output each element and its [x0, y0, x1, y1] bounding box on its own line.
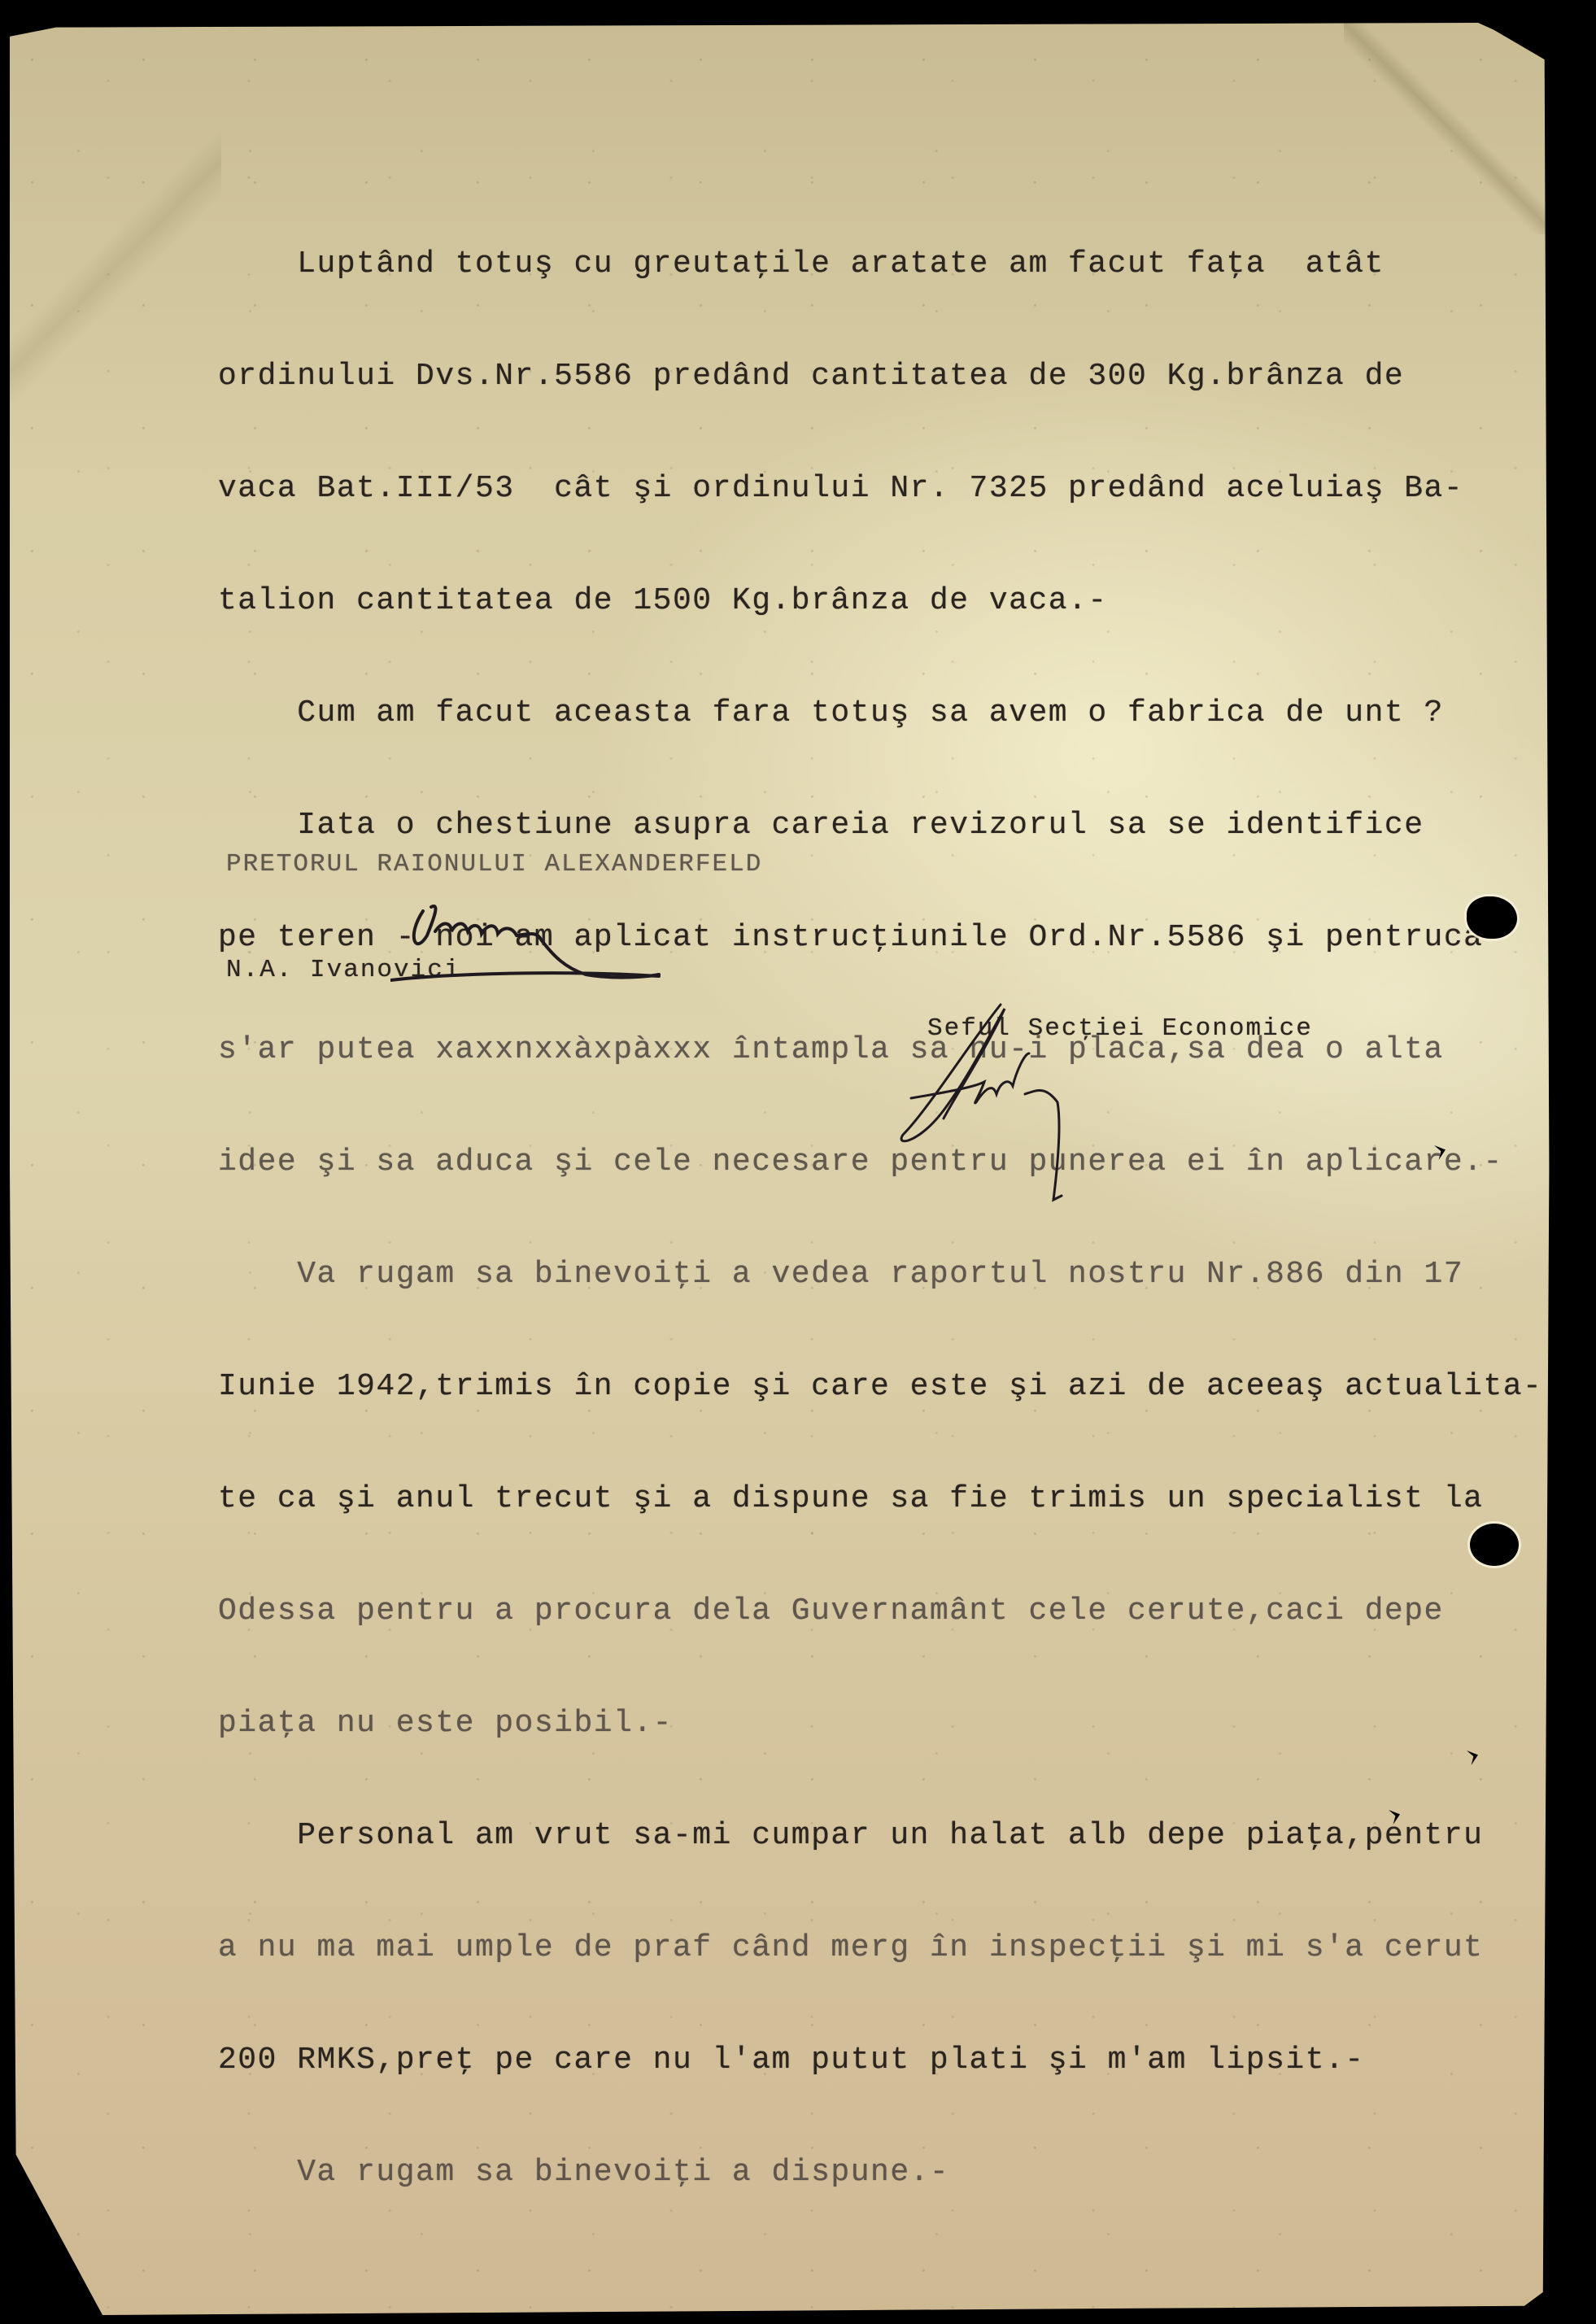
body-line: te ca şi anul trecut şi a dispune sa fie…: [218, 1480, 1542, 1518]
handwritten-signature-left: [390, 879, 732, 984]
paper-fold-top-left: [10, 23, 221, 511]
body-line: piaţa nu este posibil.-: [218, 1705, 1542, 1742]
body-line: Cum am facut aceasta fara totuş sa avem …: [218, 695, 1542, 732]
body-line: a nu ma mai umple de praf când merg în i…: [218, 1929, 1542, 1967]
body-line: Va rugam sa binevoiţi a dispune.-: [218, 2154, 1542, 2191]
body-line: talion cantitatea de 1500 Kg.brânza de v…: [218, 582, 1542, 620]
body-line: Luptând totuş cu greutaţile aratate am f…: [218, 246, 1542, 283]
body-line: vaca Bat.III/53 cât şi ordinului Nr. 732…: [218, 470, 1542, 508]
body-line: 200 RMKS,preţ pe care nu l'am putut plat…: [218, 2042, 1542, 2079]
body-line: idee şi sa aduca şi cele necesare pentru…: [218, 1144, 1542, 1181]
punch-hole-icon: [1470, 1524, 1519, 1566]
body-line: ordinului Dvs.Nr.5586 predând cantitatea…: [218, 358, 1542, 395]
handwritten-signature-right: [895, 996, 1139, 1208]
body-line: Iunie 1942,trimis în copie şi care este …: [218, 1368, 1542, 1406]
body-line: Iata o chestiune asupra careia revizorul…: [218, 807, 1542, 844]
body-line: Va rugam sa binevoiţi a vedea raportul n…: [218, 1256, 1542, 1293]
body-line: Odessa pentru a procura dela Guvernamânt…: [218, 1593, 1542, 1630]
punch-hole-icon: [1467, 896, 1517, 939]
letter-body: Luptând totuş cu greutaţile aratate am f…: [218, 171, 1542, 2229]
body-line: Personal am vrut sa-mi cumpar un halat a…: [218, 1817, 1542, 1855]
body-line: s'ar putea xaxxnxxàxpàxxx întampla sa nu…: [218, 1031, 1542, 1069]
